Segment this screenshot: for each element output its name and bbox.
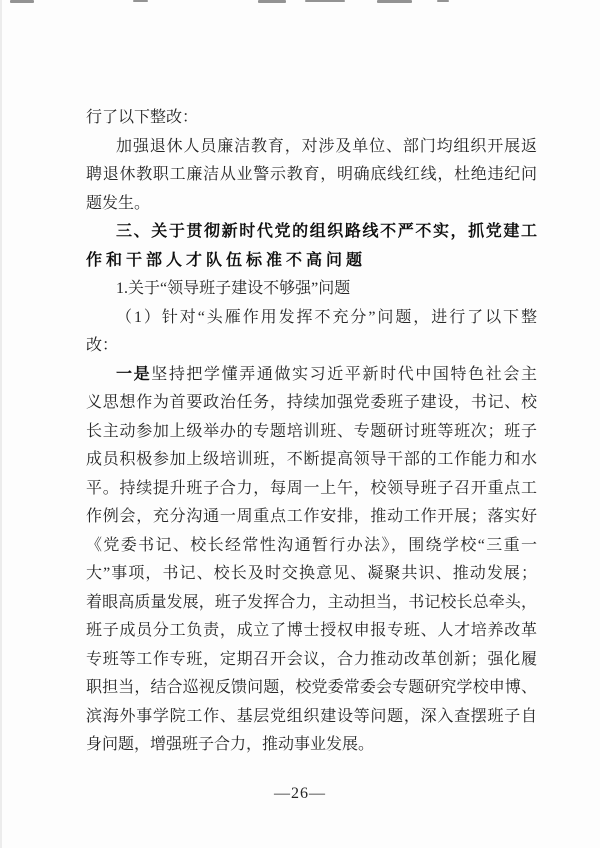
subsection-heading-line: 1.关于“领导班子建设不够强”问题	[86, 275, 537, 304]
text-line: 班子成员分工负责，成立了博士授权申报专班、人才培养改革	[86, 617, 537, 646]
document-body: 行了以下整改： 加强退休人员廉洁教育，对涉及单位、部门均组织开展返 聘退休教职工…	[86, 104, 537, 760]
section-heading-line: 三、关于贯彻新时代党的组织路线不严不实，抓党建工	[86, 218, 537, 247]
text-line: 大”事项，书记、校长及时交换意见、凝聚共识、推动发展；	[86, 560, 537, 589]
text-line: 着眼高质量发展，班子发挥合力，主动担当，书记校长总牵头，	[86, 589, 537, 618]
scan-speck-artifact	[377, 0, 412, 3]
text-line: 加强退休人员廉洁教育，对涉及单位、部门均组织开展返	[86, 133, 537, 162]
text-line: 平。持续提升班子合力，每周一上午，校领导班子召开重点工	[86, 475, 537, 504]
text-line: 行了以下整改：	[86, 104, 537, 133]
text-line: 义思想作为首要政治任务，持续加强党委班子建设，书记、校	[86, 389, 537, 418]
document-page: 行了以下整改： 加强退休人员廉洁教育，对涉及单位、部门均组织开展返 聘退休教职工…	[0, 0, 600, 848]
scan-speck-artifact	[305, 0, 345, 2]
section-heading-line: 作和干部人才队伍标准不高问题	[86, 247, 537, 276]
text-line: 身问题，增强班子合力，推动事业发展。	[86, 731, 537, 760]
text-line: 成员积极参加上级培训班，不断提高领导干部的工作能力和水	[86, 446, 537, 475]
scan-speck-artifact	[133, 0, 148, 2]
run: 坚持把学懂弄通做实习近平新时代中国特色社会主	[151, 366, 537, 383]
text-line: 作例会，充分沟通一周重点工作安排，推动工作开展；落实好	[86, 503, 537, 532]
text-line: 改：	[86, 332, 537, 361]
scan-edge-artifact	[0, 0, 2, 848]
run-bold: 一是	[116, 366, 151, 383]
page-number: —26—	[0, 781, 600, 807]
text-line: 职担当，结合巡视反馈问题，校党委常委会专题研究学校申博、	[86, 674, 537, 703]
text-line: 聘退休教职工廉洁从业警示教育，明确底线红线，杜绝违纪问	[86, 161, 537, 190]
text-line: 长主动参加上级举办的专题培训班、专题研讨班等班次；班子	[86, 418, 537, 447]
text-line: 《党委书记、校长经常性沟通暂行办法》，围绕学校“三重一	[86, 532, 537, 561]
text-line: 滨海外事学院工作、基层党组织建设等问题，深入查摆班子自	[86, 703, 537, 732]
scan-speck-artifact	[437, 0, 449, 2]
text-line: （1）针对“头雁作用发挥不充分”问题，进行了以下整	[86, 304, 537, 333]
scan-speck-artifact	[10, 0, 34, 3]
text-line: 一是坚持把学懂弄通做实习近平新时代中国特色社会主	[86, 361, 537, 390]
text-line: 专班等工作专班，定期召开会议，合力推动改革创新；强化履	[86, 646, 537, 675]
scan-speck-artifact	[258, 0, 286, 3]
text-line: 题发生。	[86, 190, 537, 219]
